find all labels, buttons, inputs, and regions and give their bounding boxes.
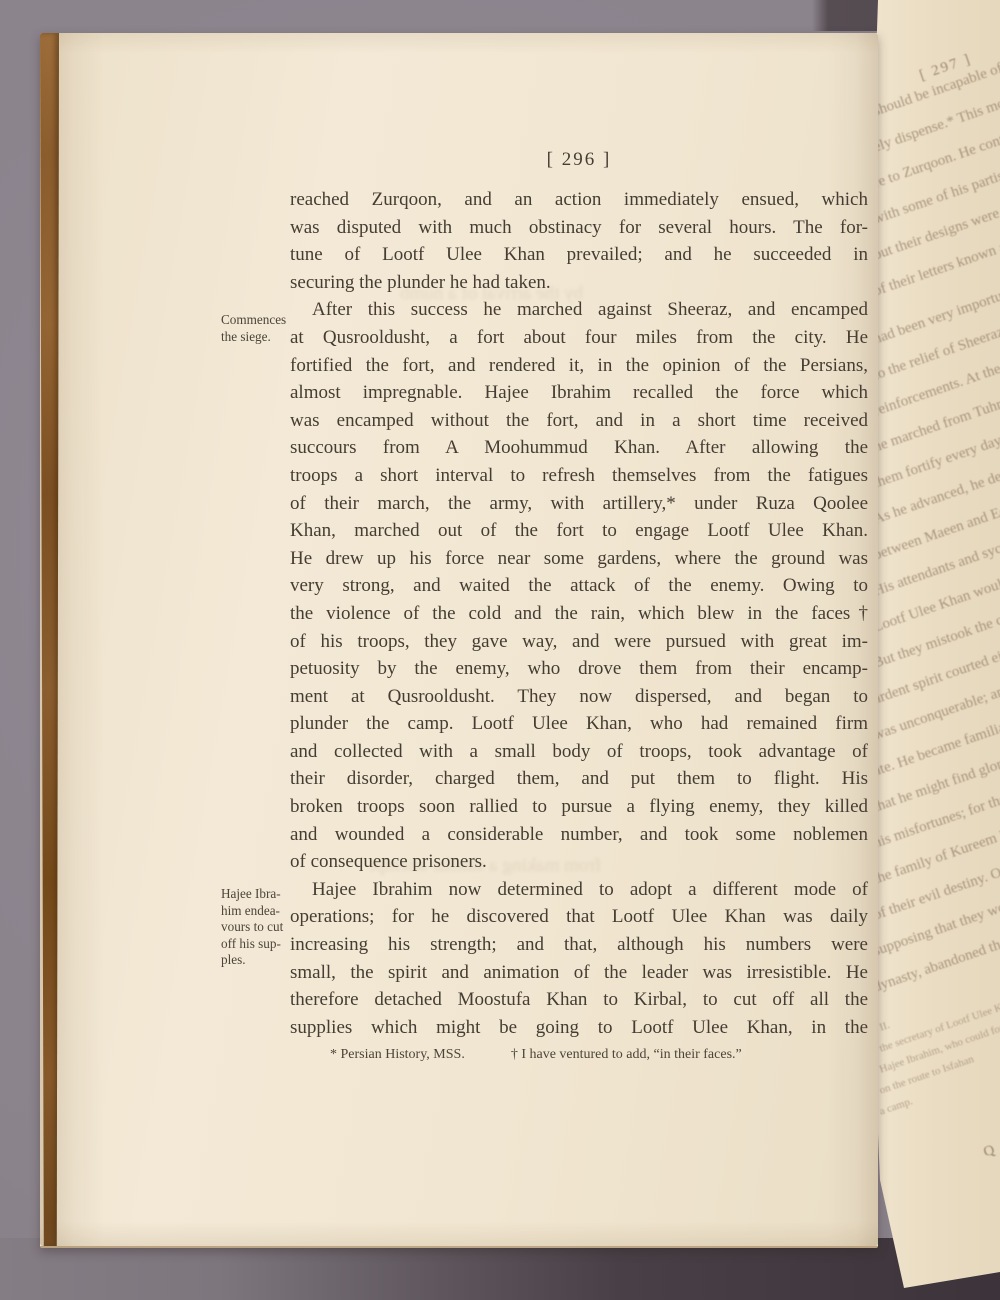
body-line: After this success he marched against Sh… (290, 296, 868, 324)
body-line: operations; for he discovered that Lootf… (290, 903, 868, 931)
body-line: fortified the fort, and rendered it, in … (290, 352, 868, 380)
body-line: of consequence prisoners. (290, 848, 868, 876)
body-text: reached Zurqoon, and an action immediate… (290, 186, 868, 1041)
body-line: reached Zurqoon, and an action immediate… (290, 186, 868, 214)
body-line: troops a short interval to refresh thems… (290, 462, 868, 490)
scan-backdrop: [ 297 ]should be incapable of subsistiel… (0, 0, 1000, 1300)
footnote-faces: † I have ventured to add, “in their face… (511, 1047, 742, 1063)
body-line: was disputed with much obstinacy for sev… (290, 214, 868, 242)
body-line: succours from A Moohummud Khan. After al… (290, 434, 868, 462)
binding-edge (40, 33, 59, 1246)
body-line: was encamped without the fort, and in a … (290, 407, 868, 435)
body-line: broken troops soon rallied to pursue a f… (290, 793, 868, 821)
body-line: of his troops, they gave way, and were p… (290, 628, 868, 656)
body-line: and wounded a considerable number, and t… (290, 821, 868, 849)
body-line: supplies which might be going to Lootf U… (290, 1014, 868, 1042)
body-line: Hajee Ibrahim now determined to adopt a … (290, 876, 868, 904)
footnote-persian-history: * Persian History, MSS. (330, 1047, 465, 1063)
page-number-header: [ 296 ] (290, 149, 868, 171)
book-page: by the arrival of a numb from making a s… (40, 33, 878, 1248)
body-line: almost impregnable. Hajee Ibrahim recall… (290, 379, 868, 407)
body-line: increasing his strength; and that, altho… (290, 931, 868, 959)
body-line: small, the spirit and animation of the l… (290, 959, 868, 987)
body-line: at Qusrooldusht, a fort about four miles… (290, 324, 868, 352)
body-line: He drew up his force near some gardens, … (290, 545, 868, 573)
body-line: tune of Lootf Ulee Khan prevailed; and h… (290, 241, 868, 269)
body-line: ment at Qusrooldusht. They now dispersed… (290, 683, 868, 711)
body-line: of their march, the army, with artillery… (290, 490, 868, 518)
body-line: Khan, marched out of the fort to engage … (290, 517, 868, 545)
body-line: and collected with a small body of troop… (290, 738, 868, 766)
facing-page-text: [ 297 ]should be incapable of subsistiel… (868, 58, 1000, 1171)
body-line: securing the plunder he had taken. (290, 269, 868, 297)
body-line: plunder the camp. Lootf Ulee Khan, who h… (290, 710, 868, 738)
facing-page: [ 297 ]should be incapable of subsistiel… (862, 0, 1000, 1300)
body-line: petuosity by the enemy, who drove them f… (290, 655, 868, 683)
body-line: very strong, and waited the attack of th… (290, 572, 868, 600)
footnotes: * Persian History, MSS. † I have venture… (290, 1047, 868, 1063)
body-line: their disorder, charged them, and put th… (290, 765, 868, 793)
body-line: therefore detached Moostufa Khan to Kirb… (290, 986, 868, 1014)
body-line: the violence of the cold and the rain, w… (290, 600, 868, 628)
